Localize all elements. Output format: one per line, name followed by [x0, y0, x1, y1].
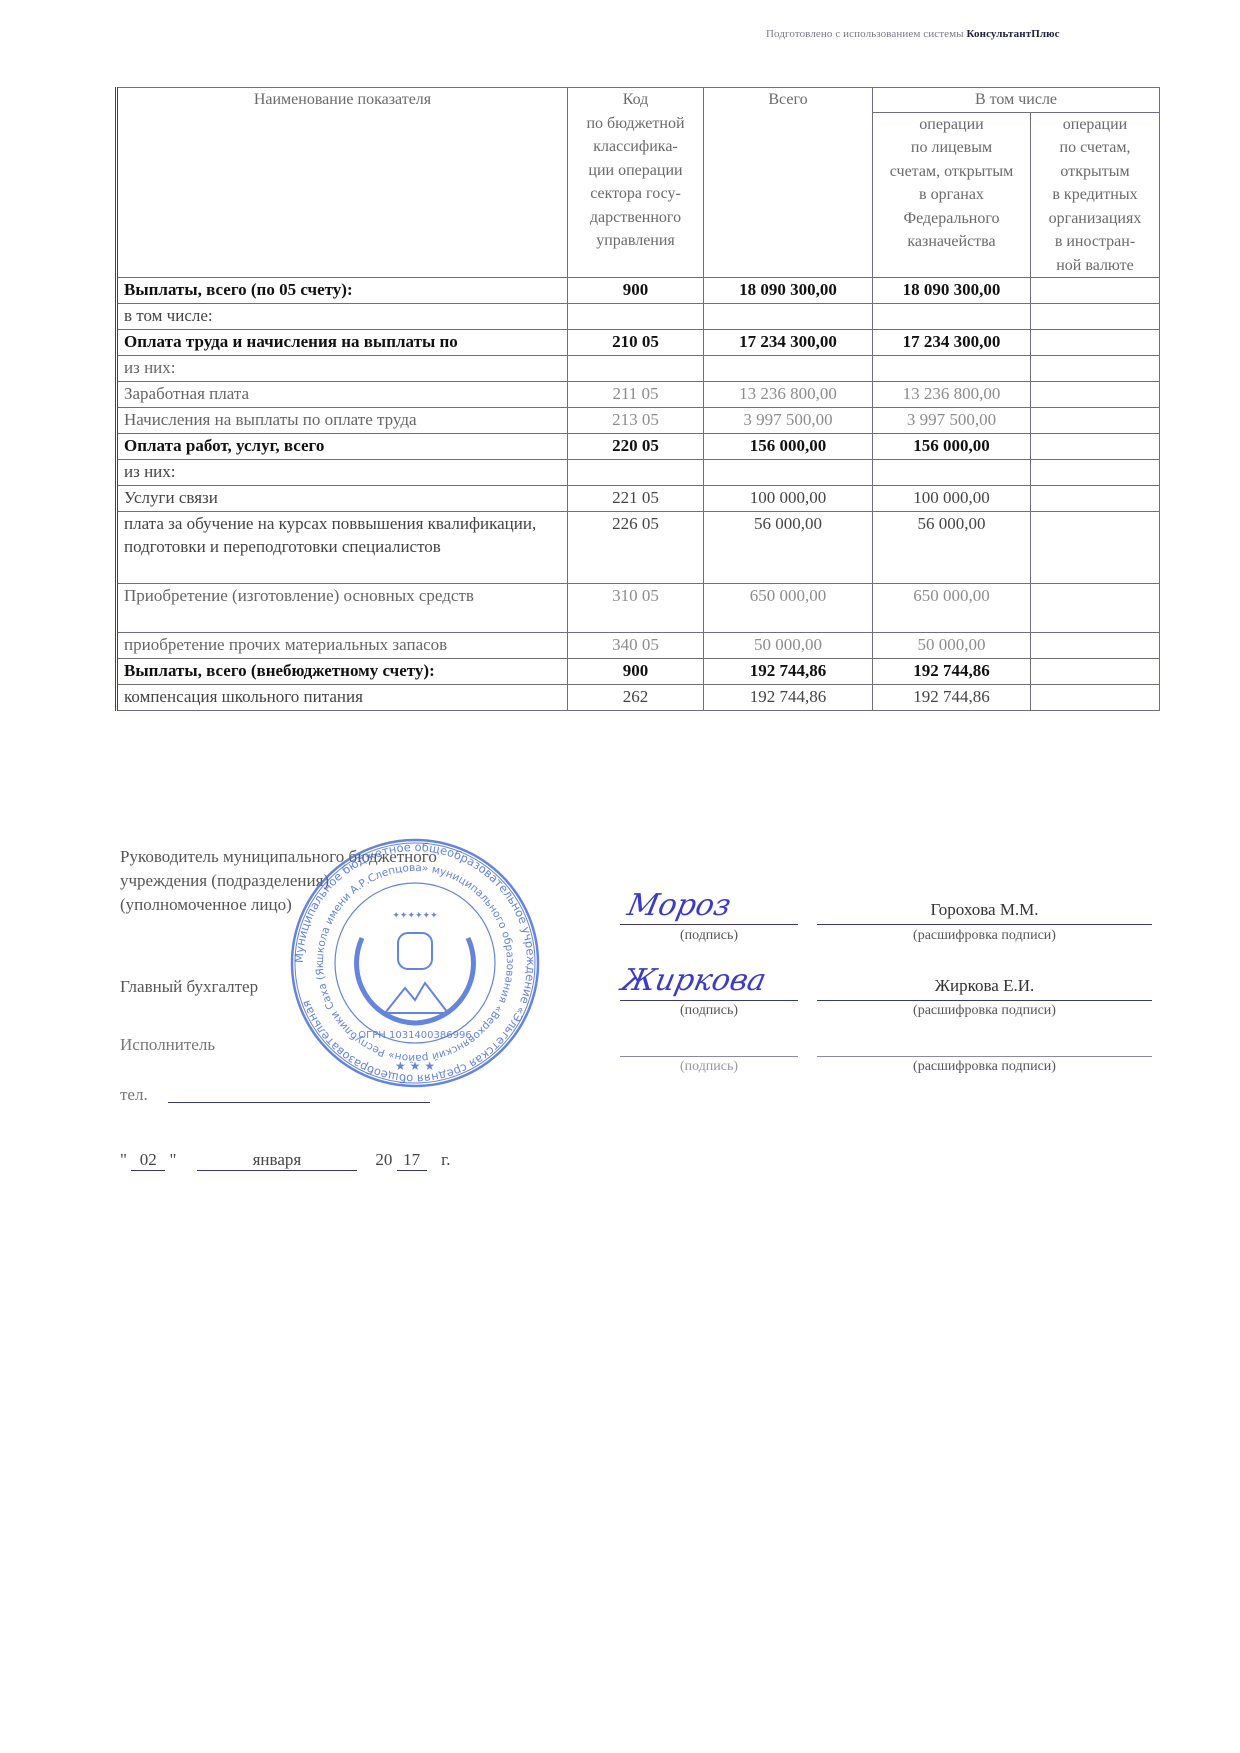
row-name: в том числе: [117, 304, 568, 330]
row-name: приобретение прочих материальных запасов [117, 633, 568, 659]
executor-signature-caption: (подпись) [620, 1059, 798, 1075]
date-row: " 02 " января 20 17 г. [120, 1150, 450, 1171]
row-foreign [1031, 356, 1160, 382]
row-total: 192 744,86 [704, 659, 873, 685]
row-treasury: 56 000,00 [873, 512, 1031, 584]
row-code: 900 [568, 659, 704, 685]
row-foreign [1031, 434, 1160, 460]
stamp-ogrn: ОГРН 1031400386996 [358, 1030, 471, 1041]
date-year: 17 [397, 1150, 427, 1171]
note-brand: КонсультантПлюс [967, 28, 1060, 40]
table-row: в том числе: [117, 304, 1160, 330]
accountant-signature: Жиркова [618, 963, 769, 998]
row-code: 211 05 [568, 382, 704, 408]
row-name: из них: [117, 356, 568, 382]
row-name: компенсация школьного питания [117, 685, 568, 711]
date-suffix: г. [441, 1150, 450, 1170]
row-total [704, 460, 873, 486]
note-prefix: Подготовлено с использованием системы [766, 28, 964, 40]
row-code: 310 05 [568, 584, 704, 633]
table-row: Начисления на выплаты по оплате труда213… [117, 408, 1160, 434]
row-foreign [1031, 330, 1160, 356]
row-code [568, 304, 704, 330]
accountant-signature-line [620, 1000, 798, 1001]
date-century: 20 [375, 1150, 392, 1170]
row-treasury: 17 234 300,00 [873, 330, 1031, 356]
row-code: 900 [568, 278, 704, 304]
head-signature: Мороз [624, 888, 734, 923]
executor-signature-line [620, 1056, 798, 1057]
row-total: 18 090 300,00 [704, 278, 873, 304]
row-code [568, 356, 704, 382]
executor-name-line [817, 1056, 1152, 1057]
row-name: Начисления на выплаты по оплате труда [117, 408, 568, 434]
row-treasury [873, 356, 1031, 382]
row-name: Услуги связи [117, 486, 568, 512]
stamp-stars-icon: ✦✦✦✦✦✦ [392, 911, 438, 921]
row-total [704, 304, 873, 330]
date-month: января [197, 1150, 357, 1171]
table-row: приобретение прочих материальных запасов… [117, 633, 1160, 659]
table-row: Выплаты, всего (внебюджетному счету):900… [117, 659, 1160, 685]
row-total: 13 236 800,00 [704, 382, 873, 408]
row-foreign [1031, 382, 1160, 408]
phone-line [168, 1102, 430, 1103]
row-foreign [1031, 460, 1160, 486]
head-name-caption: (расшифровка подписи) [817, 928, 1152, 944]
executor-name-caption: (расшифровка подписи) [817, 1059, 1152, 1075]
row-total: 3 997 500,00 [704, 408, 873, 434]
svg-text:Муниципальное бюджетное общеоб: Муниципальное бюджетное общеобразователь… [292, 840, 538, 1086]
row-foreign [1031, 278, 1160, 304]
organization-stamp: Муниципальное бюджетное общеобразователь… [290, 838, 540, 1088]
col-header-total: Всего [704, 88, 873, 278]
stamp-outer-text: Муниципальное бюджетное общеобразователь… [292, 840, 538, 1086]
row-treasury [873, 304, 1031, 330]
row-code: 340 05 [568, 633, 704, 659]
executor-label: Исполнитель [120, 1033, 215, 1057]
col-header-name: Наименование показателя [117, 88, 568, 278]
table-row: Выплаты, всего (по 05 счету):90018 090 3… [117, 278, 1160, 304]
row-code: 220 05 [568, 434, 704, 460]
row-name: Выплаты, всего (по 05 счету): [117, 278, 568, 304]
row-treasury: 192 744,86 [873, 685, 1031, 711]
table-row: Приобретение (изготовление) основных сре… [117, 584, 1160, 633]
stamp-bottom-stars-icon: ★ ★ ★ [395, 1059, 435, 1073]
row-foreign [1031, 584, 1160, 633]
date-close-quote: " [169, 1150, 176, 1170]
date-day: 02 [131, 1150, 165, 1171]
table-row: из них: [117, 356, 1160, 382]
accountant-name-line [817, 1000, 1152, 1001]
col-header-code: Кодпо бюджетнойклассифика-ции операциисе… [568, 88, 704, 278]
row-treasury: 13 236 800,00 [873, 382, 1031, 408]
table-row: Заработная плата211 0513 236 800,0013 23… [117, 382, 1160, 408]
row-code: 262 [568, 685, 704, 711]
row-total: 17 234 300,00 [704, 330, 873, 356]
row-total: 156 000,00 [704, 434, 873, 460]
row-name: из них: [117, 460, 568, 486]
row-name: Заработная плата [117, 382, 568, 408]
accountant-label: Главный бухгалтер [120, 975, 258, 999]
row-foreign [1031, 659, 1160, 685]
head-name: Горохова М.М. [817, 900, 1152, 920]
row-foreign [1031, 512, 1160, 584]
row-treasury: 50 000,00 [873, 633, 1031, 659]
head-signature-line [620, 924, 798, 925]
col-header-foreign: операциипо счетам,открытымв кредитныхорг… [1031, 112, 1160, 278]
consultant-plus-note: Подготовлено с использованием системы Ко… [766, 28, 1060, 40]
row-code: 221 05 [568, 486, 704, 512]
head-name-line [817, 924, 1152, 925]
table-row: из них: [117, 460, 1160, 486]
row-total: 192 744,86 [704, 685, 873, 711]
row-code: 213 05 [568, 408, 704, 434]
row-treasury [873, 460, 1031, 486]
row-name: Приобретение (изготовление) основных сре… [117, 584, 568, 633]
row-total: 650 000,00 [704, 584, 873, 633]
row-code: 226 05 [568, 512, 704, 584]
row-total: 56 000,00 [704, 512, 873, 584]
row-treasury: 650 000,00 [873, 584, 1031, 633]
table-row: Оплата работ, услуг, всего220 05156 000,… [117, 434, 1160, 460]
row-name: плата за обучение на курсах поввышения к… [117, 512, 568, 584]
table-row: Оплата труда и начисления на выплаты по2… [117, 330, 1160, 356]
table-row: компенсация школьного питания262192 744,… [117, 685, 1160, 711]
date-open-quote: " [120, 1150, 127, 1170]
accountant-name: Жиркова Е.И. [817, 976, 1152, 996]
row-name: Выплаты, всего (внебюджетному счету): [117, 659, 568, 685]
table-row: плата за обучение на курсах поввышения к… [117, 512, 1160, 584]
accountant-name-caption: (расшифровка подписи) [817, 1003, 1152, 1019]
col-header-treasury: операциипо лицевымсчетам, открытымв орга… [873, 112, 1031, 278]
row-treasury: 18 090 300,00 [873, 278, 1031, 304]
row-treasury: 100 000,00 [873, 486, 1031, 512]
accountant-signature-caption: (подпись) [620, 1003, 798, 1019]
head-signature-caption: (подпись) [620, 928, 798, 944]
row-total: 100 000,00 [704, 486, 873, 512]
row-foreign [1031, 486, 1160, 512]
row-foreign [1031, 304, 1160, 330]
table-row: Услуги связи221 05100 000,00100 000,00 [117, 486, 1160, 512]
row-code: 210 05 [568, 330, 704, 356]
row-foreign [1031, 633, 1160, 659]
col-header-including: В том числе [873, 88, 1160, 113]
row-foreign [1031, 408, 1160, 434]
row-treasury: 192 744,86 [873, 659, 1031, 685]
row-total [704, 356, 873, 382]
row-foreign [1031, 685, 1160, 711]
row-name: Оплата работ, услуг, всего [117, 434, 568, 460]
row-total: 50 000,00 [704, 633, 873, 659]
row-treasury: 156 000,00 [873, 434, 1031, 460]
row-name: Оплата труда и начисления на выплаты по [117, 330, 568, 356]
payments-table: Наименование показателя Кодпо бюджетнойк… [115, 87, 1160, 711]
row-treasury: 3 997 500,00 [873, 408, 1031, 434]
row-code [568, 460, 704, 486]
phone-label: тел. [120, 1083, 148, 1107]
